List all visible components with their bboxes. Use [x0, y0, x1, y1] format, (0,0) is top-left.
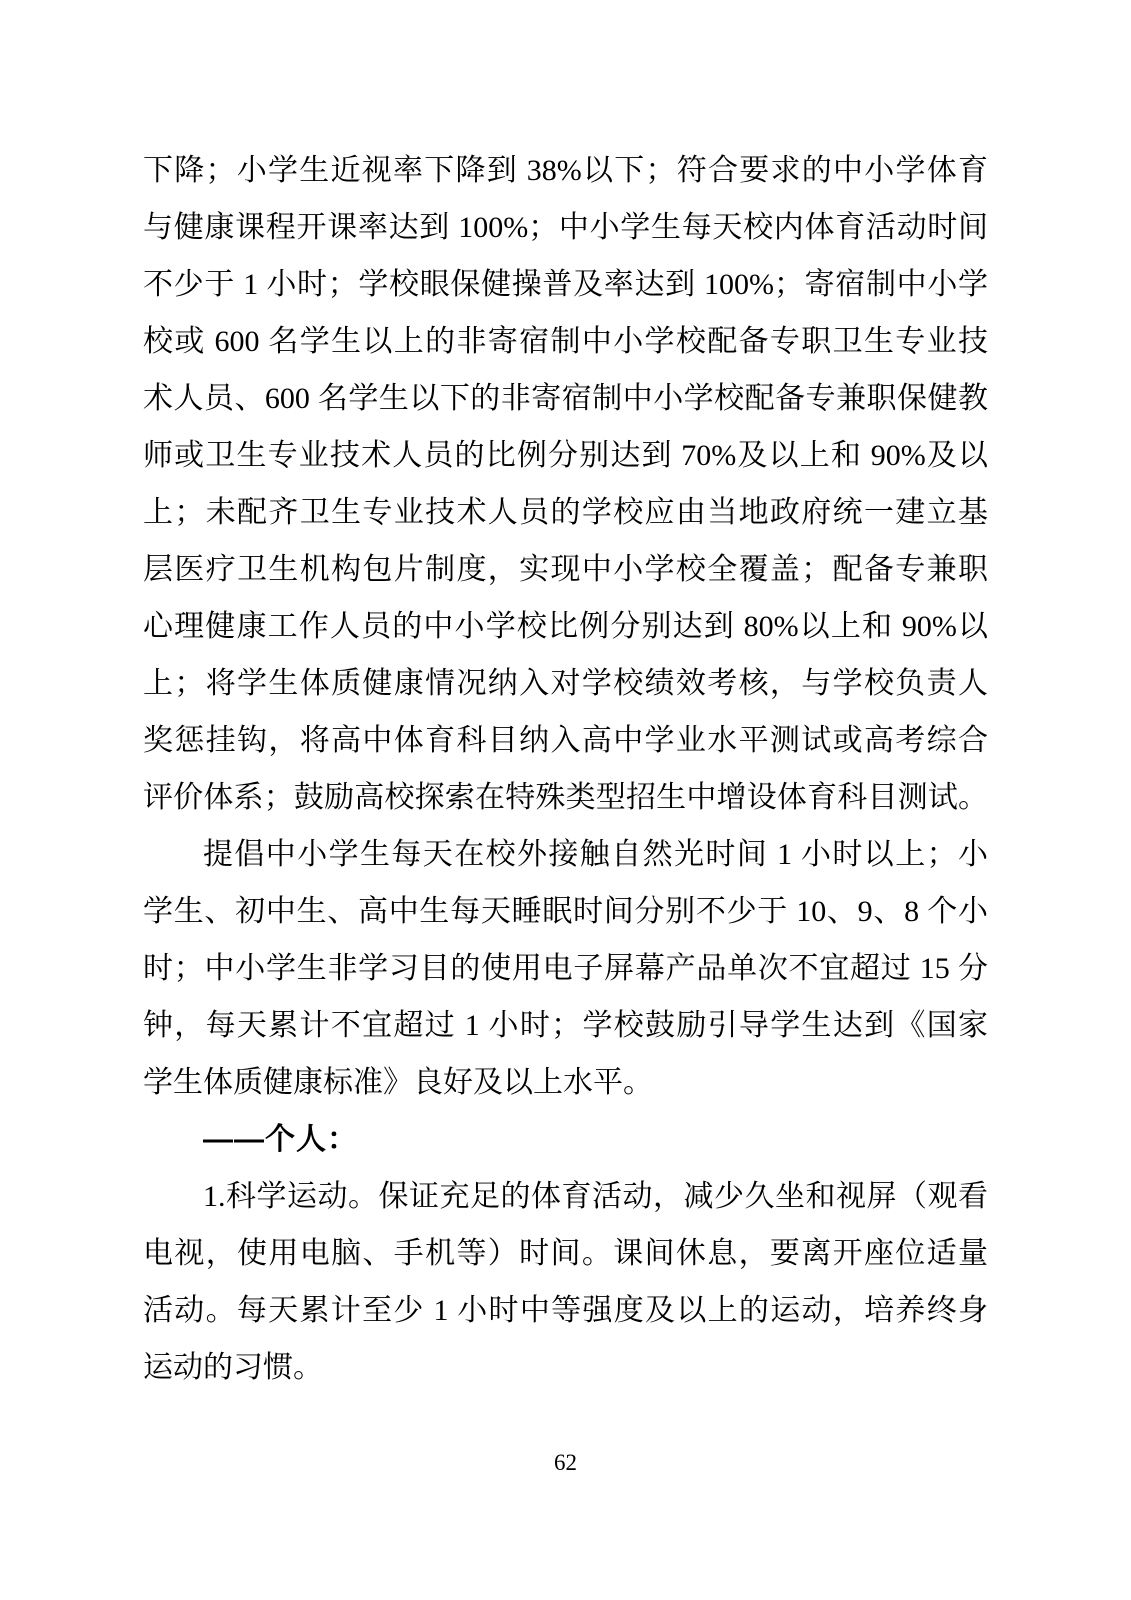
- text-line: 层医疗卫生机构包片制度，实现中小学校全覆盖；配备专兼职: [143, 541, 988, 598]
- text-line: 心理健康工作人员的中小学校比例分别达到 80%以上和 90%以: [143, 598, 988, 655]
- text-line: 活动。每天累计至少 1 小时中等强度及以上的运动，培养终身: [143, 1282, 988, 1339]
- text-line: 评价体系；鼓励高校探索在特殊类型招生中增设体育科目测试。: [143, 769, 988, 826]
- text-line: 提倡中小学生每天在校外接触自然光时间 1 小时以上；小: [143, 826, 988, 883]
- text-line: 电视，使用电脑、手机等）时间。课间休息，要离开座位适量: [143, 1225, 988, 1282]
- text-line: 上；未配齐卫生专业技术人员的学校应由当地政府统一建立基: [143, 484, 988, 541]
- text-line: 上；将学生体质健康情况纳入对学校绩效考核，与学校负责人: [143, 655, 988, 712]
- document-text-block: 下降；小学生近视率下降到 38%以下；符合要求的中小学体育 与健康课程开课率达到…: [143, 142, 988, 1396]
- text-line: 校或 600 名学生以上的非寄宿制中小学校配备专职卫生专业技: [143, 313, 988, 370]
- page-number: 62: [0, 1448, 1131, 1478]
- section-heading: ——个人：: [143, 1111, 988, 1168]
- paragraph-scientific-exercise: 1.科学运动。保证充足的体育活动，减少久坐和视屏（观看 电视，使用电脑、手机等）…: [143, 1168, 988, 1396]
- text-line: 下降；小学生近视率下降到 38%以下；符合要求的中小学体育: [143, 142, 988, 199]
- text-line: 术人员、600 名学生以下的非寄宿制中小学校配备专兼职保健教: [143, 370, 988, 427]
- text-line: 与健康课程开课率达到 100%；中小学生每天校内体育活动时间: [143, 199, 988, 256]
- paragraph-continuation: 下降；小学生近视率下降到 38%以下；符合要求的中小学体育 与健康课程开课率达到…: [143, 142, 988, 826]
- text-line: 钟，每天累计不宜超过 1 小时；学校鼓励引导学生达到《国家: [143, 997, 988, 1054]
- text-line: 不少于 1 小时；学校眼保健操普及率达到 100%；寄宿制中小学: [143, 256, 988, 313]
- text-line: 运动的习惯。: [143, 1339, 988, 1396]
- text-line: 时；中小学生非学习目的使用电子屏幕产品单次不宜超过 15 分: [143, 940, 988, 997]
- text-line: 学生体质健康标准》良好及以上水平。: [143, 1054, 988, 1111]
- text-line: 1.科学运动。保证充足的体育活动，减少久坐和视屏（观看: [143, 1168, 988, 1225]
- text-line: 师或卫生专业技术人员的比例分别达到 70%及以上和 90%及以: [143, 427, 988, 484]
- text-line: 奖惩挂钩，将高中体育科目纳入高中学业水平测试或高考综合: [143, 712, 988, 769]
- paragraph-students-habits: 提倡中小学生每天在校外接触自然光时间 1 小时以上；小 学生、初中生、高中生每天…: [143, 826, 988, 1111]
- text-line: 学生、初中生、高中生每天睡眠时间分别不少于 10、9、8 个小: [143, 883, 988, 940]
